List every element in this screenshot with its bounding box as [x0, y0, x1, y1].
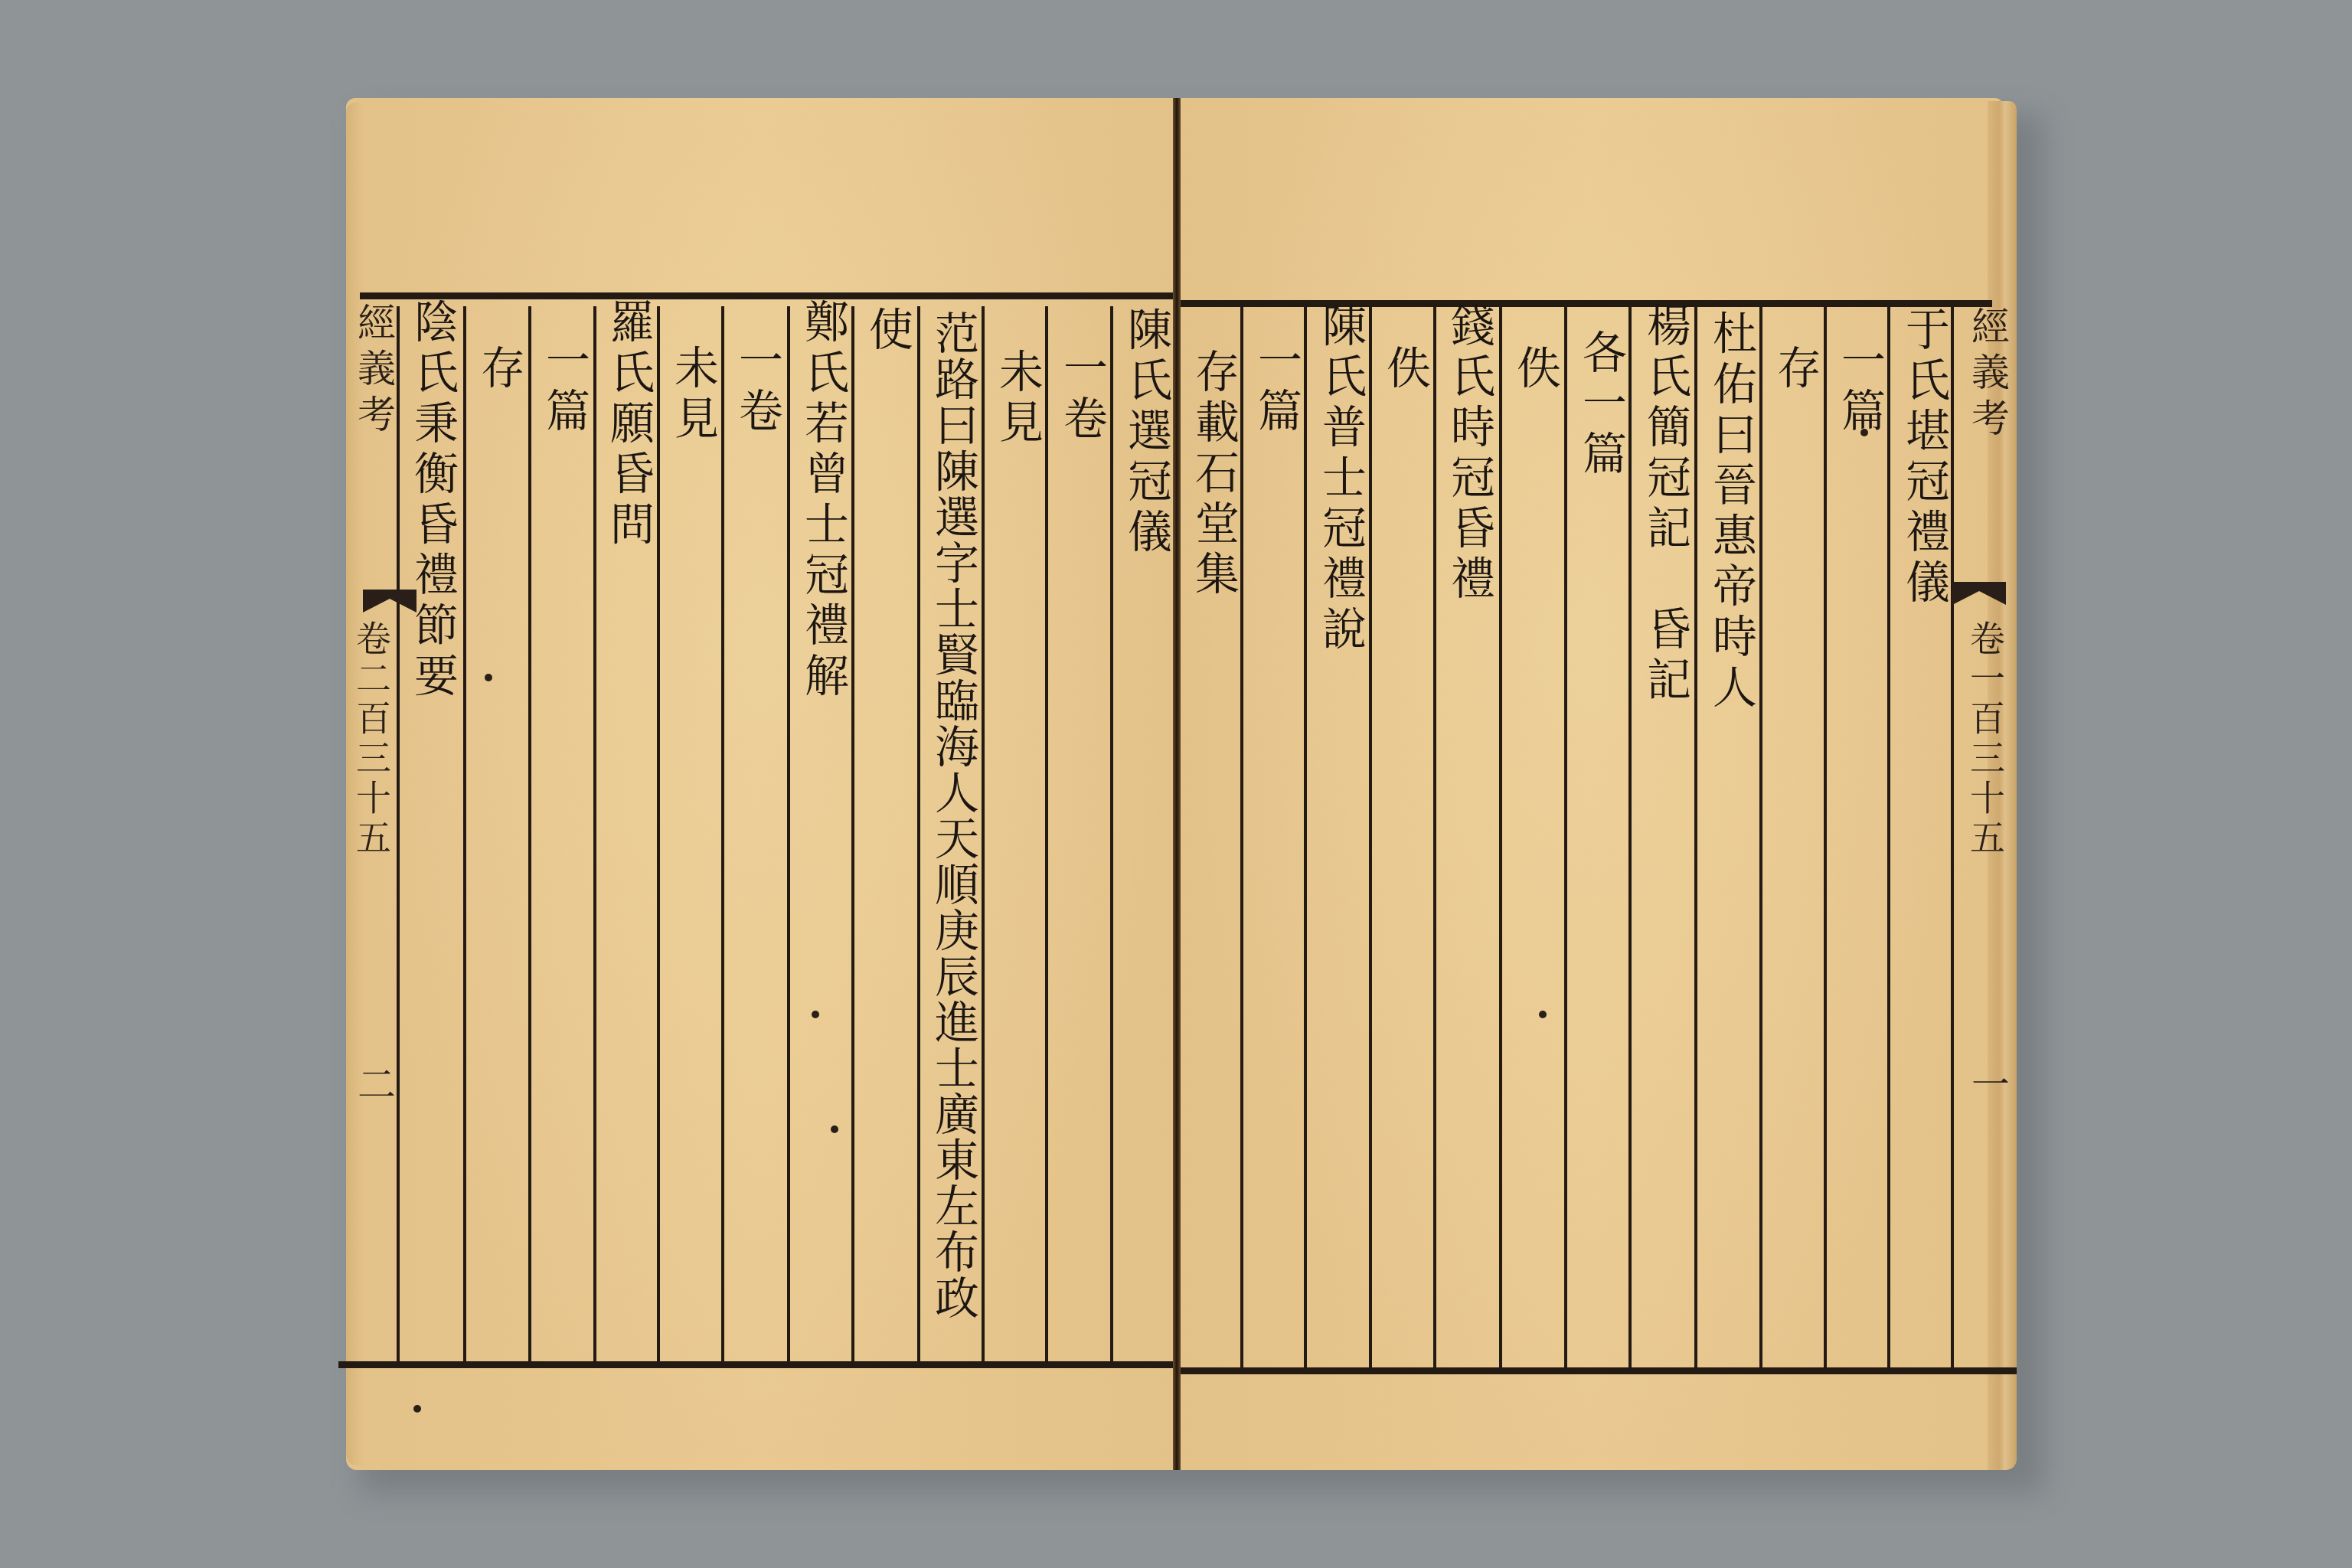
column-rule: [1369, 306, 1372, 1370]
entry-title: 陳氏普士冠禮說: [1314, 302, 1367, 656]
entry-commentary: 杜佑曰晉惠帝時人: [1704, 310, 1758, 714]
ink-dot: [1860, 429, 1868, 436]
left-page: [346, 98, 1176, 1470]
entry-volume: 一篇: [1249, 337, 1303, 438]
right-page-number: 一: [1960, 1064, 2015, 1110]
column-rule: [1110, 306, 1113, 1363]
entry-title: 陳氏選冠儀: [1119, 306, 1173, 559]
ink-dot: [413, 1405, 421, 1413]
entry-status: 未見: [666, 345, 720, 446]
column-rule: [1951, 306, 1954, 1370]
column-rule: [1499, 306, 1502, 1370]
entry-volume: 一卷: [730, 337, 784, 438]
entry-status: 存: [472, 345, 526, 395]
entry-volume: 一篇: [537, 337, 591, 438]
entry-status: 佚: [1508, 345, 1562, 395]
entry-status: 未見: [991, 348, 1044, 449]
column-rule: [1887, 306, 1890, 1370]
left-top-border: [360, 292, 1173, 299]
right-margin-chapter: 卷一百三十五: [1960, 620, 2011, 859]
ink-dot: [485, 674, 492, 681]
column-rule: [1694, 306, 1697, 1370]
column-rule: [982, 306, 985, 1363]
entry-title: 楊氏簡冠記 昏記: [1638, 302, 1692, 707]
right-top-border: [1181, 300, 1992, 307]
ink-dot: [812, 1011, 819, 1018]
entry-volume: 各一篇: [1574, 329, 1628, 481]
column-rule: [851, 306, 854, 1363]
column-rule: [1045, 306, 1048, 1363]
column-rule: [917, 306, 920, 1363]
ink-dot: [1539, 1011, 1547, 1018]
column-rule: [1433, 306, 1436, 1370]
entry-volume: 一篇: [1833, 337, 1886, 438]
column-rule: [593, 306, 596, 1363]
column-rule: [528, 306, 531, 1363]
entry-title: 鄭氏若曾士冠禮解: [796, 299, 850, 703]
column-rule: [1564, 306, 1567, 1370]
column-rule: [1759, 306, 1762, 1370]
entry-status: 存載石堂集: [1187, 348, 1240, 601]
left-margin-title: 經義考: [346, 302, 401, 440]
column-rule: [1304, 306, 1307, 1370]
entry-title: 陰氏秉衡昏禮節要: [406, 299, 459, 703]
column-rule: [463, 306, 466, 1363]
ink-dot: [831, 1125, 838, 1133]
right-margin-title: 經義考: [1960, 306, 2015, 444]
column-rule: [721, 306, 724, 1363]
entry-status: 存: [1769, 345, 1822, 395]
column-rule: [1824, 306, 1827, 1370]
entry-title: 于氏堪冠禮儀: [1897, 306, 1951, 609]
column-rule: [397, 306, 400, 1363]
entry-commentary: 范路曰陳選字士賢臨海人天順庚辰進士廣東左布政: [926, 310, 980, 1321]
book-gutter: [1173, 98, 1181, 1470]
column-rule: [787, 306, 790, 1363]
entry-title: 羅氏願昏問: [602, 299, 655, 551]
entry-title: 錢氏時冠昏禮: [1442, 302, 1496, 606]
column-rule: [1240, 306, 1243, 1370]
entry-commentary-continued: 使: [861, 306, 914, 357]
column-rule: [657, 306, 660, 1363]
entry-status: 佚: [1378, 345, 1432, 395]
left-margin-chapter: 卷二百三十五: [346, 620, 397, 859]
column-rule: [1628, 306, 1632, 1370]
left-page-number: 二: [346, 1064, 401, 1110]
entry-volume: 一卷: [1055, 345, 1109, 446]
